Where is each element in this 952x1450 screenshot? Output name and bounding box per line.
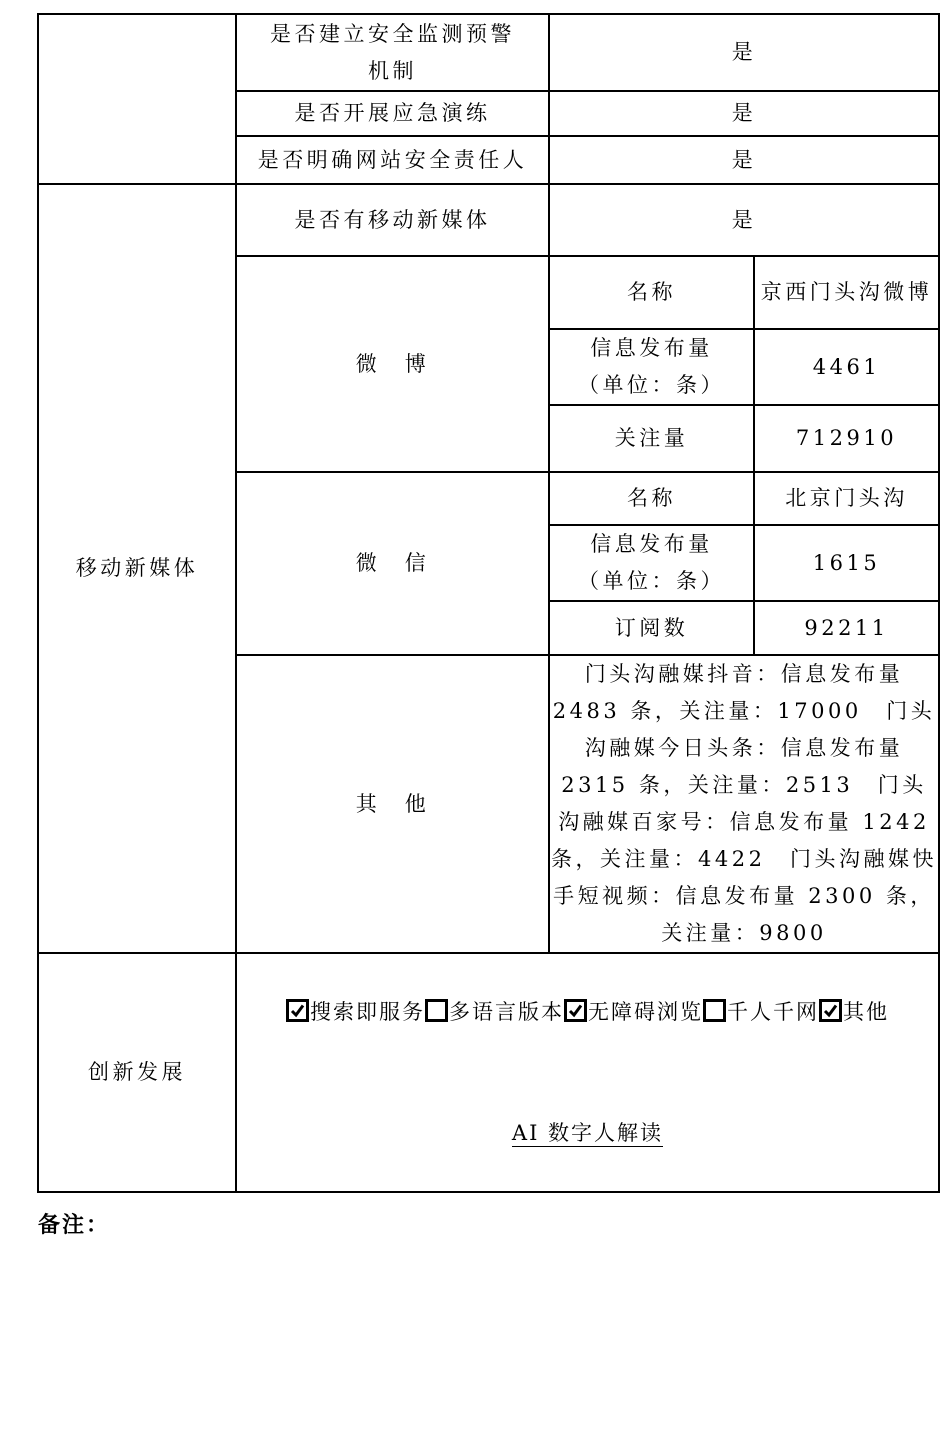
value-weibo-followers: 712910 <box>754 405 939 472</box>
document-page: 是否建立安全监测预警 机制 是 是否开展应急演练 是 是否明确网站安全责任人 是… <box>0 0 952 1450</box>
innovation-option-label: 千人千网 <box>727 1000 819 1024</box>
label-security-warning-mechanism: 是否建立安全监测预警 机制 <box>236 14 549 91</box>
value-wechat-posts: 1615 <box>754 525 939 601</box>
section-cell-empty <box>38 14 236 184</box>
value-other-media: 门头沟融媒抖音：信息发布量 2483 条，关注量：17000 门头沟融媒今日头条… <box>549 655 939 953</box>
value-has-mobile-media: 是 <box>549 184 939 256</box>
checkbox-checked-icon[interactable] <box>286 999 309 1022</box>
innovation-option-label: 无障碍浏览 <box>588 1000 703 1024</box>
innovation-other-detail: AI 数字人解读 <box>237 1070 938 1154</box>
table-row: 是否建立安全监测预警 机制 是 <box>38 14 939 91</box>
innovation-option: 无障碍浏览 <box>564 1000 703 1024</box>
innovation-option-label: 其他 <box>843 1000 889 1024</box>
innovation-option: 其他 <box>819 1000 889 1024</box>
checkbox-unchecked-icon[interactable] <box>425 999 448 1022</box>
label-has-mobile-media: 是否有移动新媒体 <box>236 184 549 256</box>
annual-report-table: 是否建立安全监测预警 机制 是 是否开展应急演练 是 是否明确网站安全责任人 是… <box>37 13 940 1193</box>
label-wechat-subscribers: 订阅数 <box>549 601 754 655</box>
label-emergency-drill: 是否开展应急演练 <box>236 91 549 136</box>
value-weibo-posts: 4461 <box>754 329 939 405</box>
innovation-option-label: 多语言版本 <box>449 1000 564 1024</box>
innovation-option: 千人千网 <box>703 1000 819 1024</box>
label-wechat-posts: 信息发布量 （单位：条） <box>549 525 754 601</box>
innovation-option-label: 搜索即服务 <box>310 1000 425 1024</box>
table-row: 移动新媒体 是否有移动新媒体 是 <box>38 184 939 256</box>
value-wechat-subscribers: 92211 <box>754 601 939 655</box>
value-weibo-name: 京西门头沟微博 <box>754 256 939 329</box>
table-row: 创新发展 搜索即服务多语言版本无障碍浏览千人千网其他 AI 数字人解读 <box>38 953 939 1192</box>
value-security-responsible-person: 是 <box>549 136 939 184</box>
label-wechat: 微 信 <box>236 472 549 655</box>
remarks-label: 备注： <box>38 1208 110 1239</box>
label-weibo: 微 博 <box>236 256 549 472</box>
innovation-cell: 搜索即服务多语言版本无障碍浏览千人千网其他 AI 数字人解读 <box>236 953 939 1192</box>
innovation-option: 多语言版本 <box>425 1000 564 1024</box>
label-wechat-name: 名称 <box>549 472 754 525</box>
innovation-option: 搜索即服务 <box>286 1000 425 1024</box>
value-security-warning-mechanism: 是 <box>549 14 939 91</box>
checkbox-checked-icon[interactable] <box>819 999 842 1022</box>
section-label-innovation: 创新发展 <box>38 953 236 1192</box>
section-label-mobile-media: 移动新媒体 <box>38 184 236 953</box>
label-weibo-followers: 关注量 <box>549 405 754 472</box>
checkbox-checked-icon[interactable] <box>564 999 587 1022</box>
innovation-other-detail-text: AI 数字人解读 <box>512 1121 663 1147</box>
innovation-options: 搜索即服务多语言版本无障碍浏览千人千网其他 <box>237 991 938 1033</box>
label-weibo-posts: 信息发布量 （单位：条） <box>549 329 754 405</box>
checkbox-unchecked-icon[interactable] <box>703 999 726 1022</box>
label-weibo-name: 名称 <box>549 256 754 329</box>
value-wechat-name: 北京门头沟 <box>754 472 939 525</box>
label-security-responsible-person: 是否明确网站安全责任人 <box>236 136 549 184</box>
value-emergency-drill: 是 <box>549 91 939 136</box>
label-other-media: 其 他 <box>236 655 549 953</box>
